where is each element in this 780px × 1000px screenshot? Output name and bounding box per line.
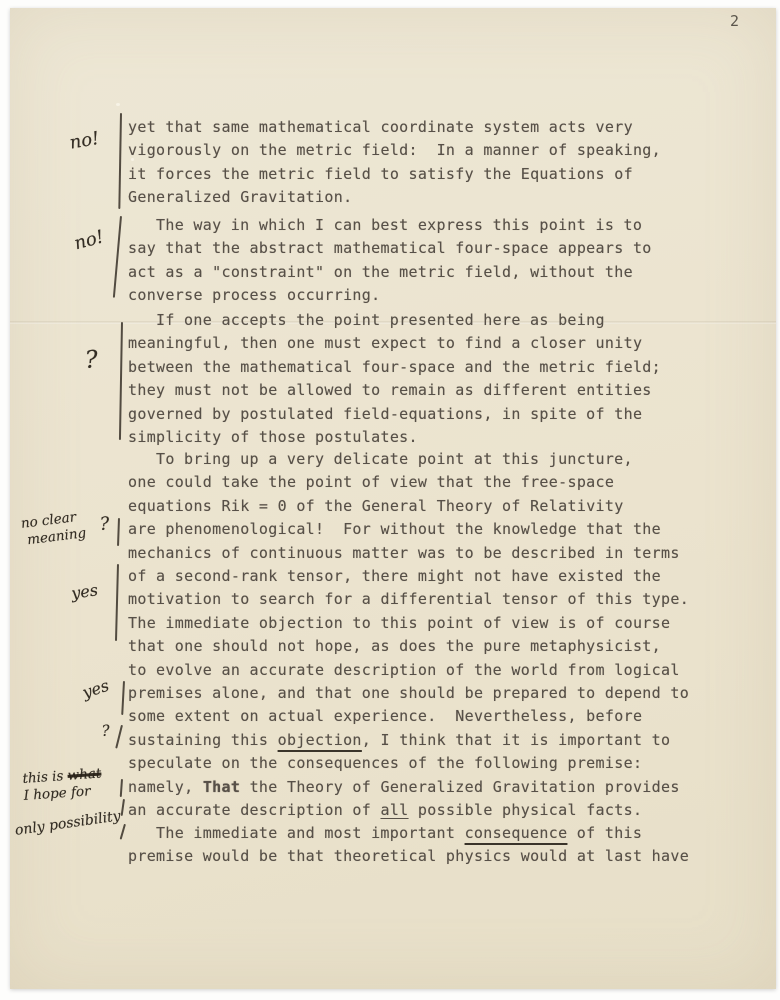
paragraph-5: The immediate and most important consequ… bbox=[128, 822, 718, 869]
paragraph-3: If one accepts the point presented here … bbox=[128, 309, 718, 449]
text-segment-sub: ik bbox=[231, 497, 250, 515]
paragraph-4: To bring up a very delicate point at thi… bbox=[128, 448, 718, 823]
margin-note-question-2: ? bbox=[99, 513, 110, 535]
text-segment-wavy: are phenomenological bbox=[128, 520, 315, 538]
text-segment-hu: consequence bbox=[465, 824, 568, 842]
page-number: 2 bbox=[730, 12, 739, 30]
margin-note-question-3: ? bbox=[101, 721, 110, 740]
text-segment-hu: objection bbox=[278, 731, 362, 749]
text-segment-u: all bbox=[380, 801, 408, 819]
text-segment-scribble: what bbox=[67, 765, 102, 783]
text-segment-b: That bbox=[203, 778, 240, 796]
margin-note-question-1: ? bbox=[84, 345, 99, 374]
paragraph-2: The way in which I can best express this… bbox=[128, 214, 718, 308]
margin-note-this-is-what-i-hope-for: this is what I hope for bbox=[22, 765, 103, 803]
scanned-letter-page: 2 yet that same mathematical coordinate … bbox=[0, 0, 780, 1000]
margin-note-yes-1: yes bbox=[70, 580, 99, 603]
paper-speck bbox=[116, 103, 120, 106]
paragraph-1: yet that same mathematical coordinate sy… bbox=[128, 116, 718, 210]
